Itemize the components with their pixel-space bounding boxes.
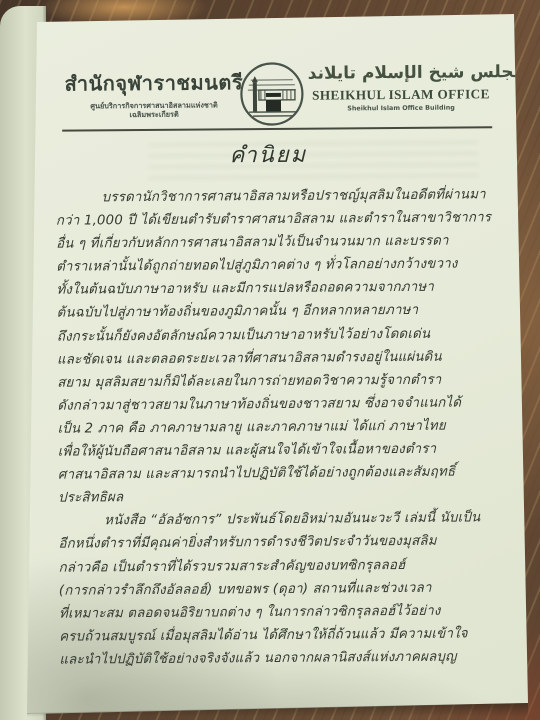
kaaba-mosque-emblem-icon: [239, 60, 306, 129]
body-line: ครบถ้วนสมบูรณ์ เมื่อมุสลิมได้อ่าน ได้ศึก…: [59, 622, 497, 649]
body-line: ประสิทธิผล: [58, 483, 496, 510]
page-content: สำนักจุฬาราชมนตรี ศูนย์บริการกิจการศาสนา…: [0, 0, 540, 720]
office-subtitle-en: Sheikhul Islam Office Building: [308, 103, 494, 112]
body-line: อื่น ๆ ที่เกี่ยวกับหลักการศาสนาอิสลามไว้…: [56, 229, 494, 256]
body-line: ถึงกระนั้นก็ยังคงอัตลักษณ์ความเป็นภาษาอา…: [57, 322, 495, 349]
body-line: ที่เหมาะสม ตลอดจนอิริยาบถต่าง ๆ ในการกล่…: [59, 599, 497, 626]
book-page: สำนักจุฬาราชมนตรี ศูนย์บริการกิจการศาสนา…: [0, 0, 540, 720]
body-line: ทั้งในต้นฉบับภาษาอาหรับ และมีการแปลหรือถ…: [56, 276, 494, 303]
body-line: และนำไปปฏิบัติใช้อย่างจริงจังแล้ว นอกจาก…: [59, 645, 497, 672]
body-line: ดังกล่าวมาสู่ชาวสยามในภาษาท้องถิ่นของชาว…: [57, 391, 495, 418]
org-name-thai: สำนักจุฬาราชมนตรี: [62, 66, 246, 99]
body-line: ต้นฉบับไปสู่ภาษาท้องถิ่นของภูมิภาคนั้น ๆ…: [57, 299, 495, 326]
body-line: บรรดานักวิชาการศาสนาอิสลามหรือปราชญ์มุสล…: [56, 183, 494, 210]
office-name-en: SHEIKHUL ISLAM OFFICE: [308, 86, 494, 103]
arabic-calligraphy: مجلس شيخ الإسلام تايلاند: [308, 60, 494, 85]
org-subtitle-line2: เฉลิมพระเกียรติ: [62, 109, 246, 119]
body-line: สยาม มุสลิมสยามก็มิได้ละเลยในการถ่ายทอดว…: [57, 368, 495, 395]
handwritten-body: บรรดานักวิชาการศาสนาอิสลามหรือปราชญ์มุสล…: [56, 183, 498, 671]
body-line: กว่า 1,000 ปี ได้เขียนตำรับตำราศาสนาอิสล…: [56, 206, 494, 233]
body-line: และชัดเจน และตลอดระยะเวลาที่ศาสนาอิสลามด…: [57, 345, 495, 372]
body-line: อีกหนึ่งตำราที่มีคุณค่ายิ่งสำหรับการดำรง…: [58, 530, 496, 557]
page-title: คำนิยม: [0, 135, 539, 174]
body-line: เป็น 2 ภาค คือ ภาคภาษามลายู และภาคภาษาแม…: [57, 414, 495, 441]
letterhead-office-block: مجلس شيخ الإسلام تايلاند SHEIKHUL ISLAM …: [308, 60, 494, 112]
letterhead-divider-rule: [62, 126, 492, 131]
body-line: ตำราเหล่านั้นได้ถูกถ่ายทอดไปสู่ภูมิภาคต่…: [56, 253, 494, 280]
body-line: กล่าวคือ เป็นตำราที่ได้รวบรวมสาระสำคัญขอ…: [59, 553, 497, 580]
body-line: (การกล่าวรำลึกถึงอัลลอฮ์) บทขอพร (ดุอา) …: [59, 576, 497, 603]
body-line: หนังสือ “อัลอัซการ” ประพันธ์โดยอิหม่ามอั…: [58, 507, 496, 534]
body-line: เพื่อให้ผู้นับถือศาสนาอิสลาม และผู้สนใจไ…: [58, 437, 496, 464]
body-line: ศาสนาอิสลาม และสามารถนำไปปฏิบัติใช้ได้อย…: [58, 460, 496, 487]
letterhead-org-block: สำนักจุฬาราชมนตรี ศูนย์บริการกิจการศาสนา…: [62, 66, 246, 119]
